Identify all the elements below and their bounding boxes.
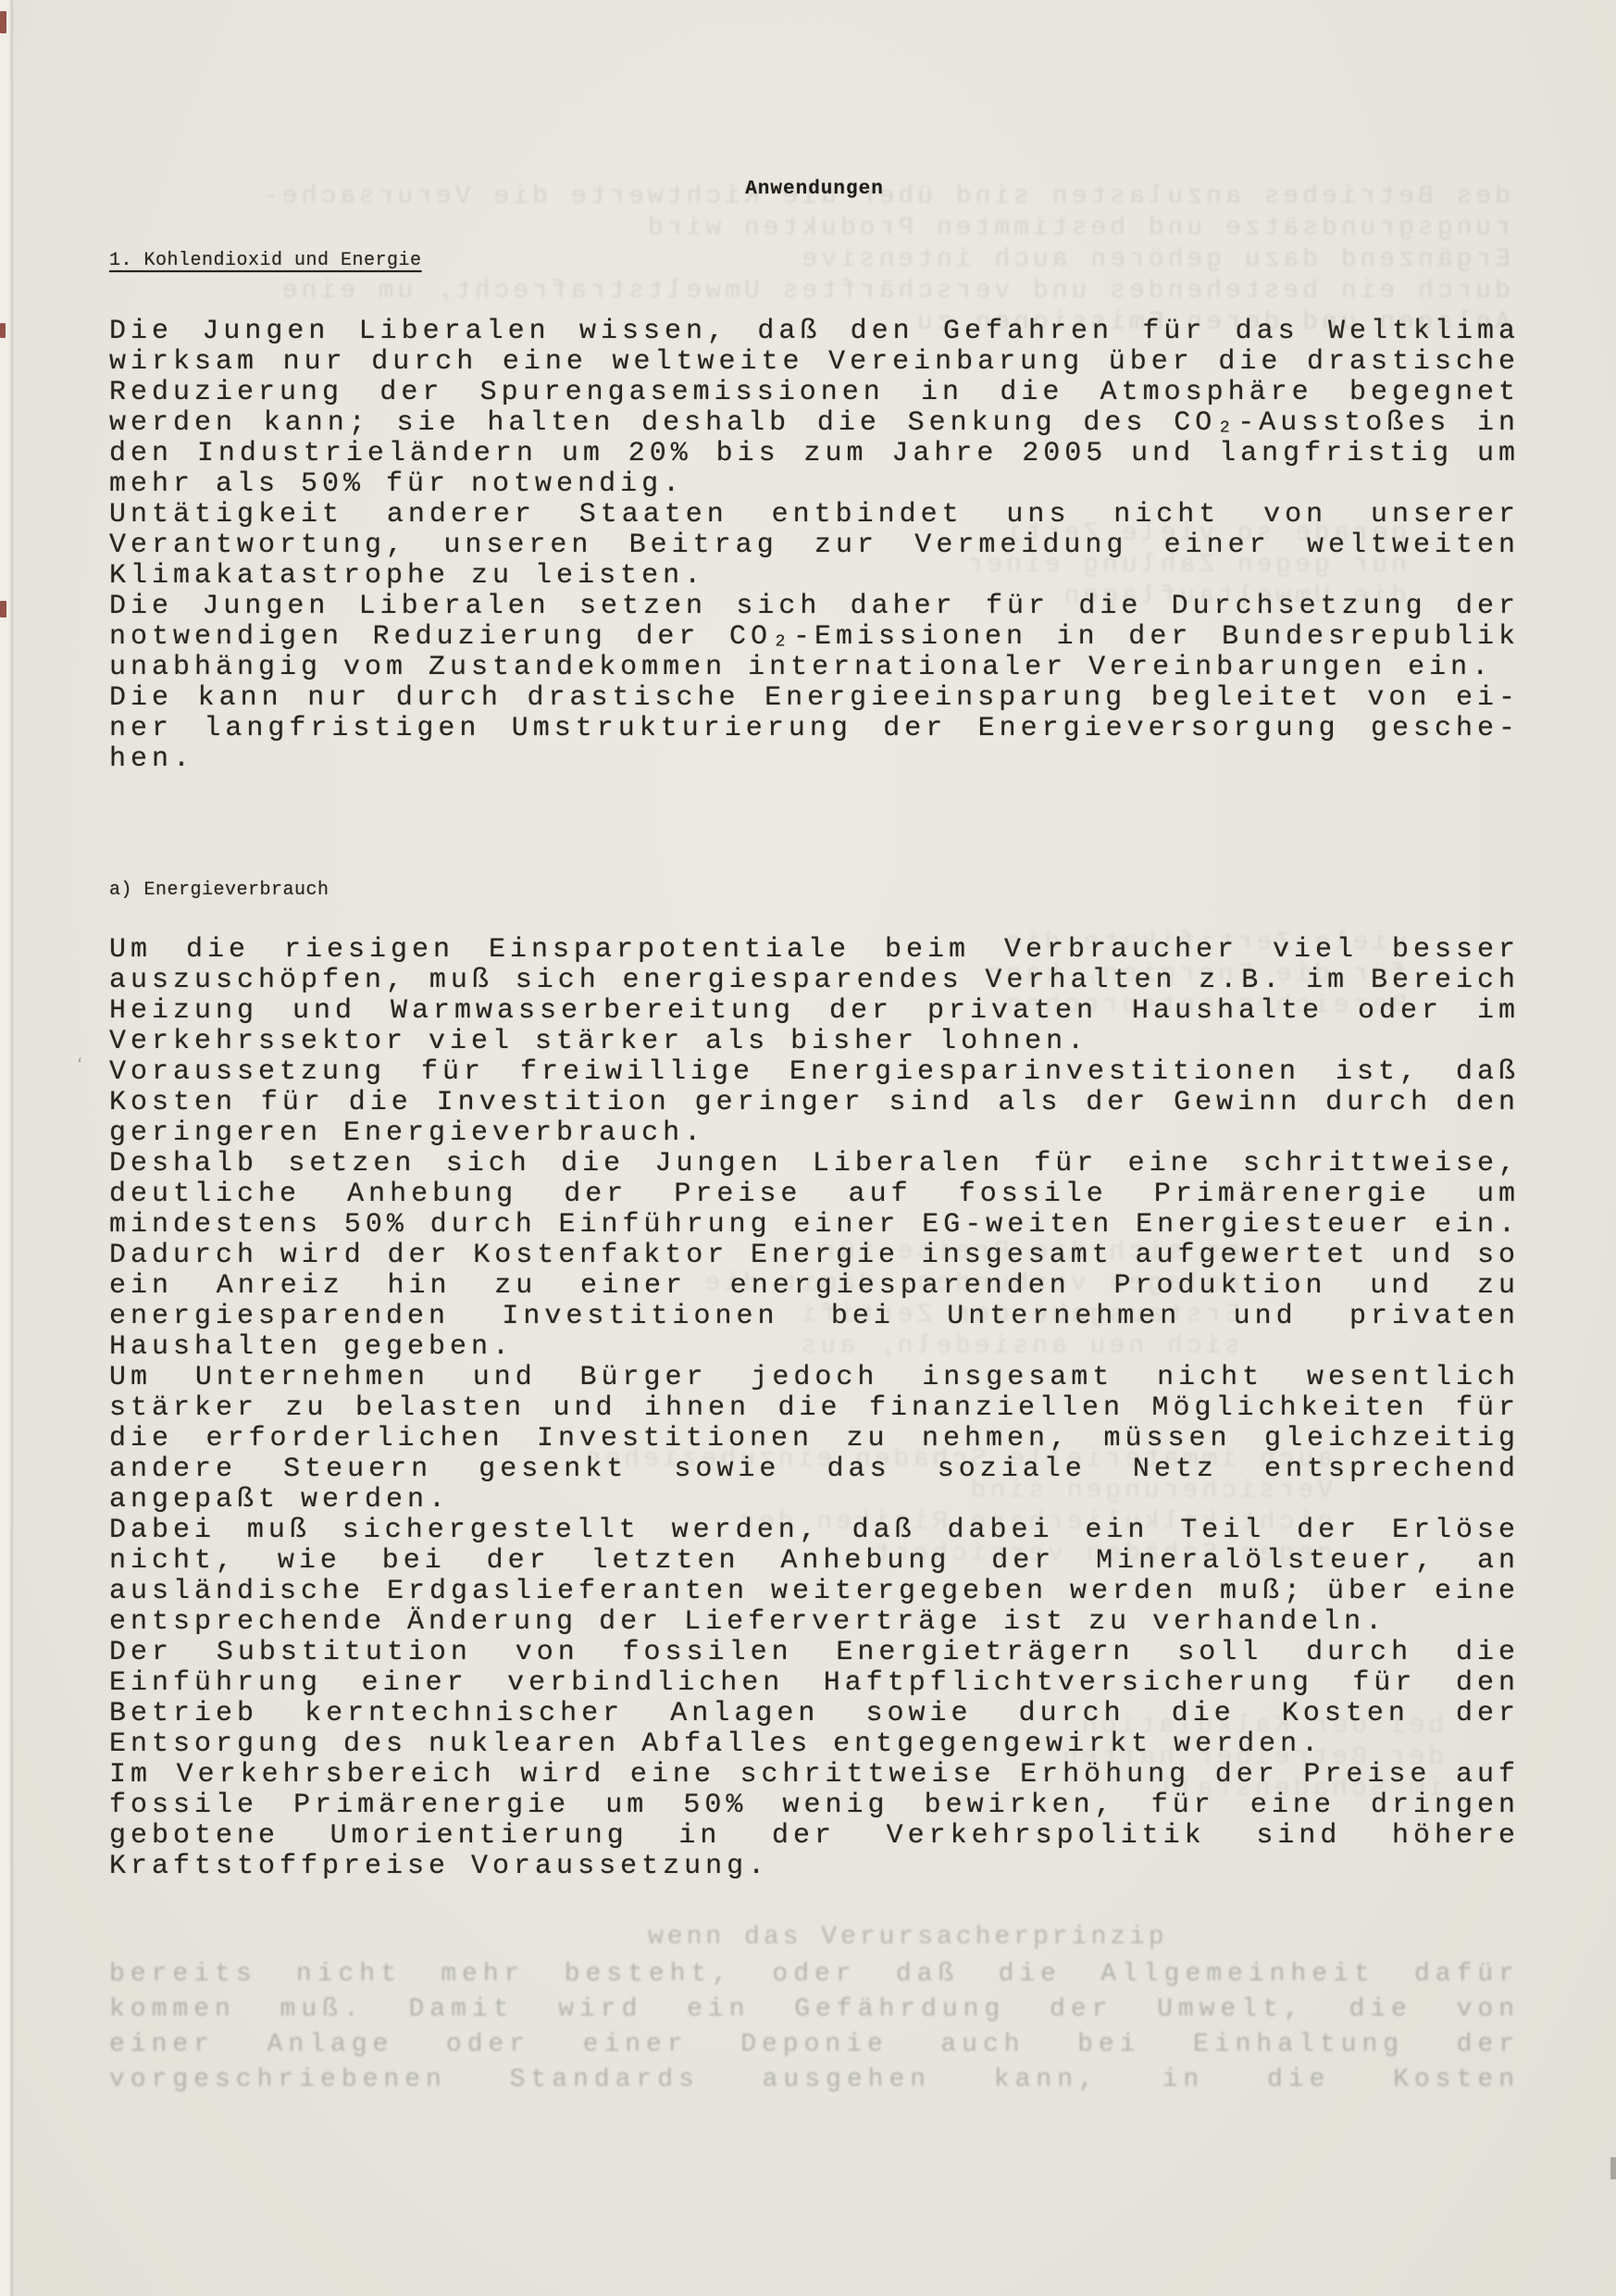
paragraph: Voraussetzung für freiwillige Energiespa… bbox=[109, 1057, 1520, 1149]
paragraph: Untätigkeit anderer Staaten entbindet un… bbox=[109, 500, 1520, 592]
text-line: Untätigkeit anderer Staaten entbindet un… bbox=[109, 500, 1520, 530]
text-line: geringeren Energieverbrauch. bbox=[109, 1118, 1520, 1149]
text-line: ausländische Erdgaslieferanten weitergeg… bbox=[109, 1577, 1520, 1607]
subsection-heading: a) Energieverbrauch bbox=[109, 877, 1520, 905]
text-line: Dadurch wird der Kostenfaktor Energie in… bbox=[109, 1241, 1520, 1271]
text-line: Reduzierung der Spurengasemissionen in d… bbox=[109, 378, 1520, 408]
paragraph: Die Jungen Liberalen wissen, daß den Gef… bbox=[109, 317, 1520, 500]
paragraph: Um die riesigen Einsparpotentiale beim V… bbox=[109, 935, 1520, 1057]
text-line: mehr als 50% für notwendig. bbox=[109, 469, 1520, 500]
bleedthrough-line: einer Anlage oder einer Deponie auch bei… bbox=[109, 2028, 1520, 2063]
text-line: Der Substitution von fossilen Energieträ… bbox=[109, 1638, 1520, 1668]
paragraph: Im Verkehrsbereich wird eine schrittweis… bbox=[109, 1760, 1520, 1882]
scanned-page: ʻ des Betriebes anzulasten sind über die… bbox=[0, 0, 1616, 2296]
bleedthrough-line: wenn das Verursacherprinzip bbox=[648, 1922, 1509, 1953]
paragraph: Der Substitution von fossilen Energieträ… bbox=[109, 1638, 1520, 1760]
paragraph: Um Unternehmen und Bürger jedoch insgesa… bbox=[109, 1363, 1520, 1516]
paragraph: Die Jungen Liberalen setzen sich daher f… bbox=[109, 592, 1520, 683]
text-line: nicht, wie bei der letzten Anhebung der … bbox=[109, 1546, 1520, 1577]
document-title: Anwendungen bbox=[109, 176, 1520, 204]
text-line: andere Steuern gesenkt sowie das soziale… bbox=[109, 1454, 1520, 1485]
text-line: Klimakatastrophe zu leisten. bbox=[109, 561, 1520, 592]
bleedthrough-text: bereits nicht mehr besteht, oder daß die… bbox=[109, 1957, 1520, 2098]
text-line: notwendigen Reduzierung der CO₂-Emission… bbox=[109, 622, 1520, 653]
text-line: angepaßt werden. bbox=[109, 1485, 1520, 1516]
text-line: ein Anreiz hin zu einer energiesparenden… bbox=[109, 1271, 1520, 1302]
text-line: werden kann; sie halten deshalb die Senk… bbox=[109, 408, 1520, 439]
text-column: Anwendungen1. Kohlendioxid und EnergieDi… bbox=[109, 0, 1520, 1882]
text-line: ner langfristigen Umstrukturierung der E… bbox=[109, 714, 1520, 744]
bleedthrough-line: kommen muß. Damit wird ein Gefährdung de… bbox=[109, 1992, 1520, 2028]
text-line: Voraussetzung für freiwillige Energiespa… bbox=[109, 1057, 1520, 1088]
text-line: Kosten für die Investition geringer sind… bbox=[109, 1088, 1520, 1118]
text-line: Kraftstoffpreise Voraussetzung. bbox=[109, 1852, 1520, 1882]
text-line: Die Jungen Liberalen setzen sich daher f… bbox=[109, 592, 1520, 622]
text-line: auszuschöpfen, muß sich energiesparendes… bbox=[109, 966, 1520, 996]
bleedthrough-text: wenn das Verursacherprinzip bbox=[648, 1922, 1509, 1953]
text-line: energiesparenden Investitionen bei Unter… bbox=[109, 1302, 1520, 1332]
text-line: gebotene Umorientierung in der Verkehrsp… bbox=[109, 1821, 1520, 1852]
text-line: Verantwortung, unseren Beitrag zur Verme… bbox=[109, 530, 1520, 561]
text-line: Die kann nur durch drastische Energieein… bbox=[109, 683, 1520, 714]
text-line: Dabei muß sichergestellt werden, daß dab… bbox=[109, 1516, 1520, 1546]
text-line: Heizung und Warmwasserbereitung der priv… bbox=[109, 996, 1520, 1027]
text-line: fossile Primärenergie um 50% wenig bewir… bbox=[109, 1791, 1520, 1821]
text-line: entsprechende Änderung der Lieferverträg… bbox=[109, 1607, 1520, 1638]
text-line: wirksam nur durch eine weltweite Vereinb… bbox=[109, 347, 1520, 378]
paragraph: Die kann nur durch drastische Energieein… bbox=[109, 683, 1520, 775]
text-line: Um Unternehmen und Bürger jedoch insgesa… bbox=[109, 1363, 1520, 1393]
text-line: die erforderlichen Investitionen zu nehm… bbox=[109, 1424, 1520, 1454]
paragraph: Deshalb setzen sich die Jungen Liberalen… bbox=[109, 1149, 1520, 1363]
text-line: Verkehrssektor viel stärker als bisher l… bbox=[109, 1027, 1520, 1057]
bleedthrough-line: vorgeschriebenen Standards ausgehen kann… bbox=[109, 2063, 1520, 2098]
text-line: deutliche Anhebung der Preise auf fossil… bbox=[109, 1179, 1520, 1210]
text-line: Haushalten gegeben. bbox=[109, 1332, 1520, 1363]
text-line: Deshalb setzen sich die Jungen Liberalen… bbox=[109, 1149, 1520, 1179]
paragraph: Dabei muß sichergestellt werden, daß dab… bbox=[109, 1516, 1520, 1638]
text-line: Betrieb kerntechnischer Anlagen sowie du… bbox=[109, 1699, 1520, 1729]
text-line: Einführung einer verbindlichen Haftpflic… bbox=[109, 1668, 1520, 1699]
text-line: unabhängig vom Zustandekommen internatio… bbox=[109, 653, 1520, 683]
section-heading: 1. Kohlendioxid und Energie bbox=[109, 247, 1520, 275]
bleedthrough-line: bereits nicht mehr besteht, oder daß die… bbox=[109, 1957, 1520, 1992]
text-line: Entsorgung des nuklearen Abfalles entgeg… bbox=[109, 1729, 1520, 1760]
text-line: mindestens 50% durch Einführung einer EG… bbox=[109, 1210, 1520, 1241]
text-line: Um die riesigen Einsparpotentiale beim V… bbox=[109, 935, 1520, 966]
text-line: stärker zu belasten und ihnen die finanz… bbox=[109, 1393, 1520, 1424]
text-line: Im Verkehrsbereich wird eine schrittweis… bbox=[109, 1760, 1520, 1791]
text-line: den Industrieländern um 20% bis zum Jahr… bbox=[109, 439, 1520, 469]
text-line: hen. bbox=[109, 744, 1520, 775]
text-line: Die Jungen Liberalen wissen, daß den Gef… bbox=[109, 317, 1520, 347]
